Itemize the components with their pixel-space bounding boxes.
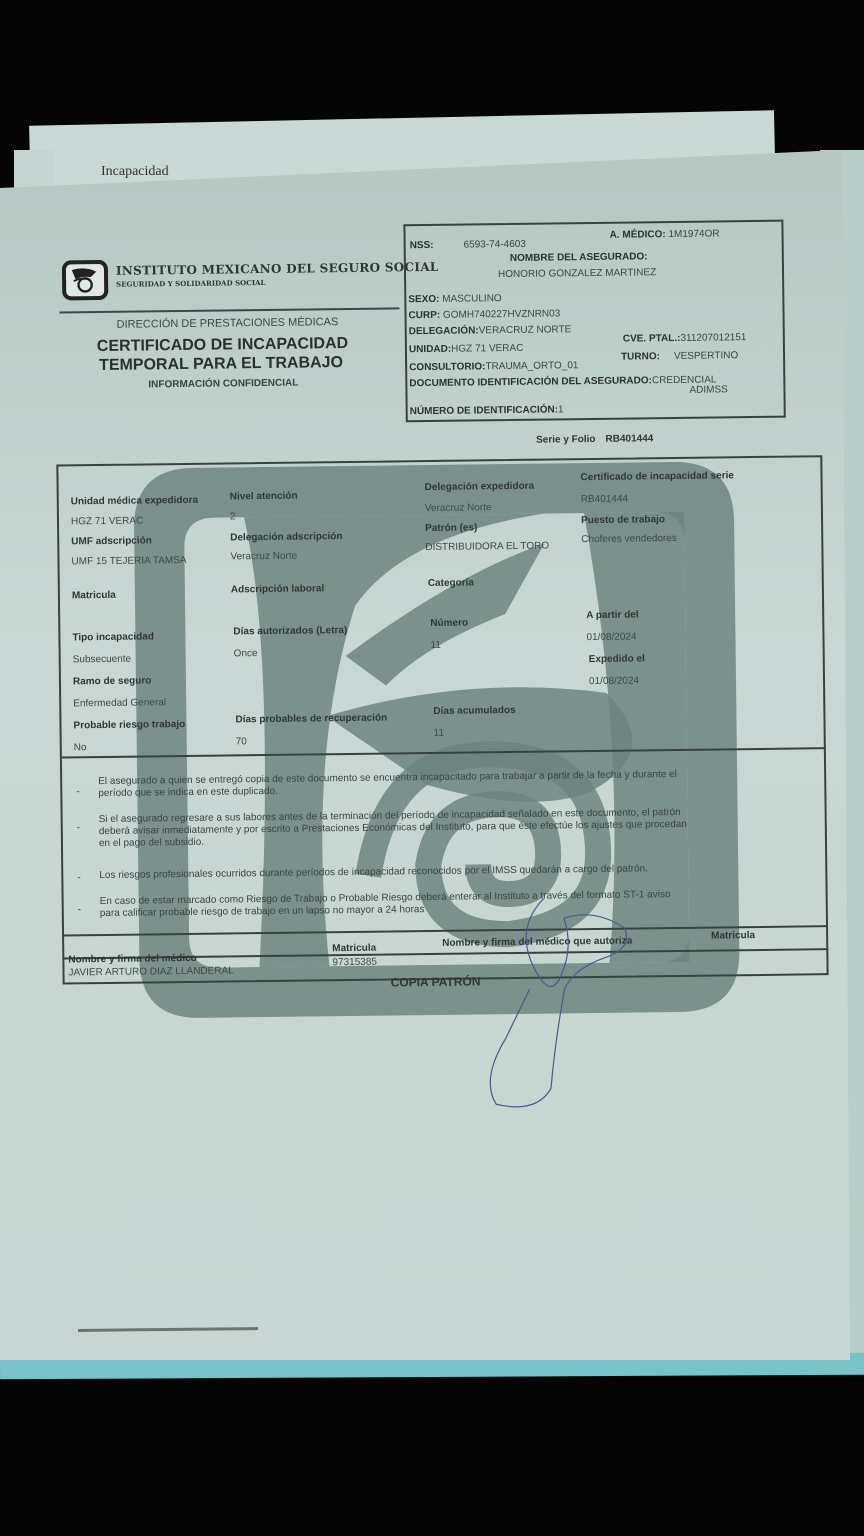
unidad-label: UNIDAD: [409,344,451,356]
categoria-label: Categoría [428,577,474,589]
numero-label: Número [430,618,468,629]
unidad-medica-label: Unidad médica expedidora [71,495,198,508]
consultorio-value: TRAUMA_ORTO_01 [485,360,578,372]
patron-value: DISTRIBUIDORA EL TORO [425,541,549,554]
doc-id-value-line2: ADIMSS [689,384,727,395]
puesto-label: Puesto de trabajo [581,514,665,526]
insured-name-label: NOMBRE DEL ASEGURADO: [510,251,648,264]
riesgo-trabajo-value: No [74,742,87,753]
medico-value: JAVIER ARTURO DIAZ LLANDERAL [68,965,233,978]
delegacion-expedidora-value: Veracruz Norte [425,502,492,514]
curp-label: CURP: [408,310,440,321]
tipo-incapacidad-label: Tipo incapacidad [72,631,154,643]
certificate-title-line2: TEMPORAL PARA EL TRABAJO [99,354,343,375]
doc-id-label: DOCUMENTO IDENTIFICACIÓN DEL ASEGURADO: [409,375,652,389]
certificate-document: INSTITUTO MEXICANO DEL SEGURO SOCIAL SEG… [0,0,864,1536]
matricula-medico-label: Matricula [332,943,376,955]
unidad-medica-value: HGZ 71 VERAC [71,515,143,527]
institution-subtitle: SEGURIDAD Y SOLIDARIDAD SOCIAL [116,278,265,289]
nivel-atencion-value: 2 [230,511,236,522]
medico-label: Nombre y firma del médico [68,953,196,966]
handwritten-signature-icon [474,887,647,1119]
institution-name: INSTITUTO MEXICANO DEL SEGURO SOCIAL [116,260,439,278]
insured-name-value: HONORIO GONZALEZ MARTINEZ [498,267,656,280]
patron-label: Patrón (es) [425,522,477,534]
a-partir-value: 01/08/2024 [586,631,636,643]
imss-logo-icon [62,260,108,301]
a-medico-value: 1M1974OR [668,228,719,240]
consultorio-label: CONSULTORIO: [409,361,485,373]
adscripcion-laboral-label: Adscripción laboral [231,583,324,595]
matricula-label: Matricula [72,590,116,602]
delegacion-value: VERACRUZ NORTE [479,324,572,336]
nss-label: NSS: [410,240,434,251]
num-id-value: 1 [558,404,564,415]
tipo-incapacidad-value: Subsecuente [73,654,132,666]
puesto-value: Choferes vendedores [581,533,677,545]
dias-acumulados-value: 11 [434,728,445,739]
sexo-label: SEXO: [408,294,439,305]
ramo-seguro-label: Ramo de seguro [73,675,151,687]
a-partir-label: A partir del [586,609,639,621]
bullet-dash: - [78,904,81,915]
certificado-serie-label: Certificado de incapacidad serie [580,470,734,483]
serie-folio: Serie y FolioRB401444 [536,433,653,445]
bullet-dash: - [77,822,80,833]
ramo-seguro-value: Enfermedad General [73,697,166,709]
confidential-label: INFORMACIÓN CONFIDENCIAL [148,378,298,391]
a-medico-label: A. MÉDICO: [609,229,665,241]
turno-label: TURNO: [621,351,660,362]
certificate-title-line1: CERTIFICADO DE INCAPACIDAD [97,335,348,356]
dias-acumulados-label: Días acumulados [433,705,515,717]
numero-value: 11 [430,640,441,651]
dias-probables-value: 70 [236,736,247,747]
sexo-value: MASCULINO [442,293,502,305]
umf-adscripcion-label: UMF adscripción [71,535,152,547]
matricula-autoriza-label: Matricula [711,930,755,942]
insured-info-box: NSS:6593-74-4603 A. MÉDICO: 1M1974OR NOM… [403,220,785,423]
matricula-medico-value: 97315385 [332,957,377,969]
bullet-dash: - [76,786,79,797]
riesgo-trabajo-label: Probable riesgo trabajo [73,719,185,731]
certificado-serie-value: RB401444 [581,494,628,506]
dias-probables-label: Días probables de recuperación [235,713,387,726]
delegacion-adscripcion-value: Veracruz Norte [230,551,297,563]
dias-letra-value: Once [234,648,258,659]
cve-ptal-label: CVE. PTAL.: [623,333,681,345]
nivel-atencion-label: Nivel atención [230,491,298,503]
num-id-label: NÚMERO DE IDENTIFICACIÓN: [410,404,558,417]
curp-value: GOMH740227HVZNRN03 [443,308,560,320]
header-divider [59,307,399,313]
bullet-dash: - [77,872,80,883]
copy-label: COPIA PATRÓN [391,974,481,989]
turno-value: VESPERTINO [674,350,738,362]
expedido-value: 01/08/2024 [589,675,639,687]
nss-value: 6593-74-4603 [464,239,526,251]
dias-letra-label: Días autorizados (Letra) [233,625,347,637]
delegacion-expedidora-label: Delegación expedidora [425,481,535,493]
delegacion-adscripcion-label: Delegación adscripción [230,531,342,543]
expedido-label: Expedido el [589,653,645,665]
serie-folio-value: RB401444 [605,433,653,445]
umf-adscripcion-value: UMF 15 TEJERIA TAMSA [71,555,186,567]
serie-folio-label: Serie y Folio [536,434,596,446]
unidad-value: HGZ 71 VERAC [451,343,523,355]
direction-label: DIRECCIÓN DE PRESTACIONES MÉDICAS [117,316,339,331]
cve-ptal-value: 311207012151 [680,332,746,344]
delegacion-label: DELEGACIÓN: [409,325,479,337]
